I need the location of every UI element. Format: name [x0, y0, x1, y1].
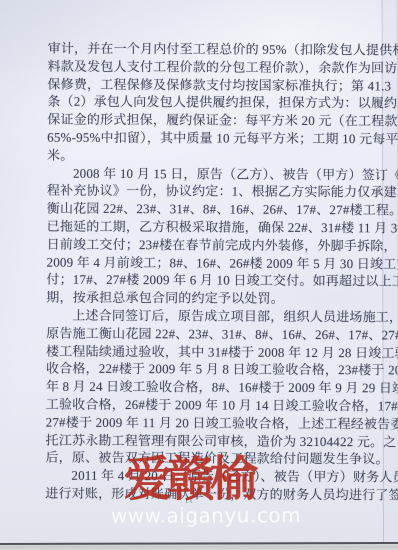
text-line: 程补充协议》一份，协议约定：1、根据乙方实际能力仅承建: [47, 182, 369, 201]
text-line: 期，按承担总承包合同的约定予以处罚。: [46, 289, 368, 308]
text-line: 工验收合格，26#楼于 2009 年 10 月 14 日竣工验收合格，17#、: [46, 396, 368, 415]
text-line: 后，原、被告双方因工程造价及工程款给付问题发生争议。: [45, 449, 367, 468]
text-line: 米。: [47, 146, 369, 165]
text-line: 保证金的形式担保，履约保证金：每平方米 20 元（在工程款: [47, 111, 369, 130]
text-line: 条（2）承包人向发包人提供履约担保，担保方式为：以履约: [47, 93, 369, 112]
text-line: 2011 年 4 月 20 日，原告（乙方）、被告（甲方）财务人员: [45, 467, 367, 486]
text-line: 付；17#、27#楼 2009 年 6 月 10 日竣工交付。如再超过以上工: [46, 271, 368, 290]
watermark-url: www.aiganyu.com: [111, 503, 301, 527]
text-line: 日前竣工交付；23#楼在春节前完成内外装修，外脚手拆除，: [47, 235, 369, 254]
surface-below-page: [0, 546, 398, 550]
document-page: 审计，并在一个月内付至工程总价的 95%（扣除发包人提供材料款及发包人支付工程价…: [0, 0, 398, 545]
text-line: 65%-95%中扣留），其中质量 10 元每平方米；工期 10 元每平方: [47, 129, 369, 148]
text-line: 料款及发包人支付工程价款的分包工程价款），余款作为回访: [47, 57, 369, 76]
text-line: 上述合同签订后，原告成立项目部，组织人员进场施工，: [46, 307, 368, 326]
text-line: 收合格，22#楼于 2009 年 5 月 8 日竣工验收合格，23#楼于 200…: [46, 360, 368, 379]
scanned-document-photo: 审计，并在一个月内付至工程总价的 95%（扣除发包人提供材料款及发包人支付工程价…: [0, 0, 398, 550]
text-line: 进行对账，形成对账确认单一份，双方的财务人员均进行了签: [45, 485, 367, 504]
text-line: 审计，并在一个月内付至工程总价的 95%（扣除发包人提供材: [48, 40, 370, 59]
text-line: 楼工程陆续通过验收，其中 31#楼于 2008 年 12 月 28 日竣工验: [46, 342, 368, 361]
text-line: 2009 年 4 月前竣工；8#、16#、26#楼 2009 年 5 月 30 …: [46, 253, 368, 272]
text-line: 托江苏永勘工程管理有限公司审核，造价为 32104422 元。之: [46, 431, 368, 450]
text-line: 衡山花园 22#、23#、31#、8#、16#、26#、17#、27#楼工程。4…: [47, 200, 369, 219]
text-line: 年 8 月 24 日竣工验收合格，8#、16#楼于 2009 年 9 月 29 …: [46, 378, 368, 397]
text-line: 保修费，工程保修及保修款支付均按国家标准执行；第 41.3: [47, 75, 369, 94]
text-line: 2008 年 10 月 15 日，原告（乙方）、被告（甲方）签订《工: [47, 164, 369, 183]
text-line: 27#楼于 2009 年 11 月 20 日竣工验收合格，上述工程经被告委: [46, 413, 368, 432]
text-line: 已拖延的工期，乙方积极采取措施，确保 22#、31#楼 11 月 30: [47, 218, 369, 237]
text-block: 审计，并在一个月内付至工程总价的 95%（扣除发包人提供材料款及发包人支付工程价…: [45, 40, 369, 504]
text-line: 原告施工衡山花园 22#、23#、31#、8#、16#、26#、17#、27#: [46, 324, 368, 343]
page-number: 11: [185, 496, 194, 504]
